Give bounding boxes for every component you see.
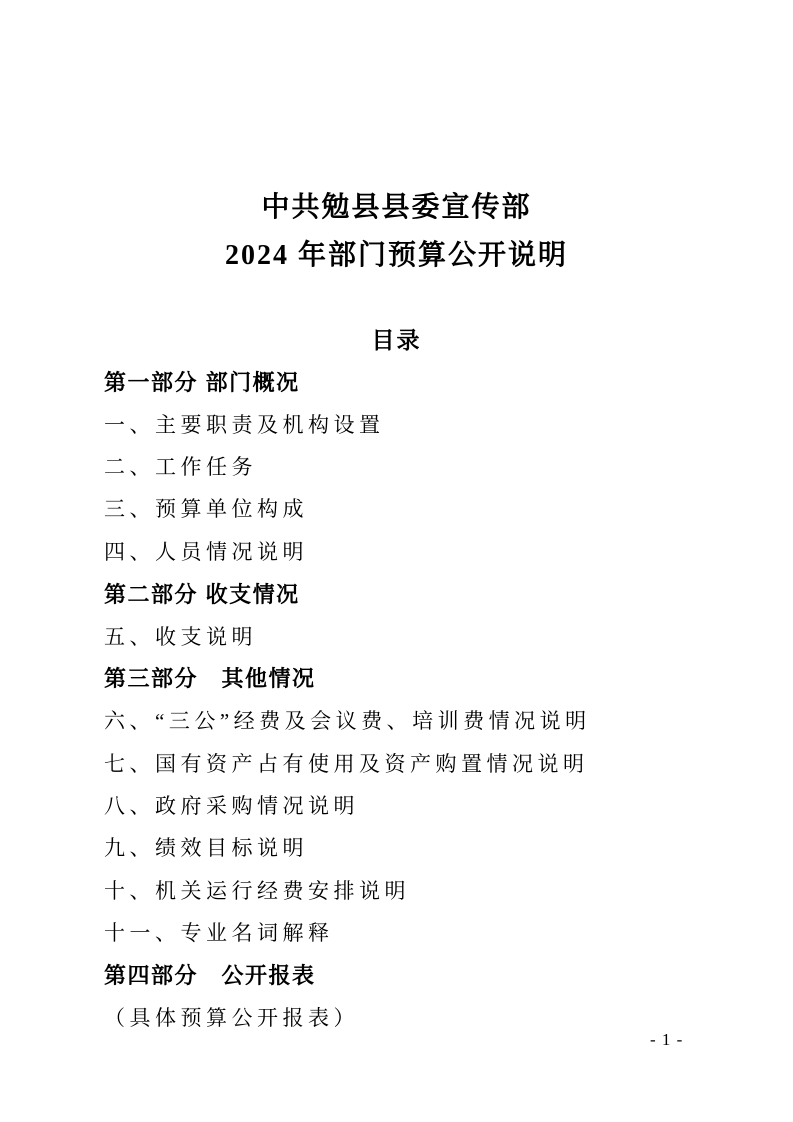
document-title-block: 中共勉县县委宣传部 2024 年部门预算公开说明 bbox=[0, 184, 793, 280]
toc-item: 九、绩效目标说明 bbox=[104, 826, 753, 868]
toc-item: 六、“三公”经费及会议费、培训费情况说明 bbox=[104, 699, 753, 741]
toc-heading: 目录 bbox=[0, 322, 793, 355]
toc-item: 四、人员情况说明 bbox=[104, 530, 753, 572]
toc-section-heading: 第二部分 收支情况 bbox=[104, 572, 753, 614]
toc-list: 第一部分 部门概况一、主要职责及机构设置二、工作任务三、预算单位构成四、人员情况… bbox=[104, 360, 753, 1038]
toc-item: 七、国有资产占有使用及资产购置情况说明 bbox=[104, 742, 753, 784]
toc-section-heading: 第三部分 其他情况 bbox=[104, 657, 753, 699]
toc-item: 二、工作任务 bbox=[104, 445, 753, 487]
document-page: 中共勉县县委宣传部 2024 年部门预算公开说明 目录 第一部分 部门概况一、主… bbox=[0, 0, 793, 1122]
toc-item: 八、政府采购情况说明 bbox=[104, 784, 753, 826]
toc-item: 五、收支说明 bbox=[104, 614, 753, 656]
toc-item: 十一、专业名词解释 bbox=[104, 911, 753, 953]
toc-section-heading: 第一部分 部门概况 bbox=[104, 360, 753, 402]
page-number: - 1 - bbox=[650, 1030, 683, 1050]
document-title-line2: 2024 年部门预算公开说明 bbox=[0, 232, 793, 280]
toc-section-heading: 第四部分 公开报表 bbox=[104, 953, 753, 995]
toc-item: 三、预算单位构成 bbox=[104, 487, 753, 529]
document-title-line1: 中共勉县县委宣传部 bbox=[0, 184, 793, 232]
toc-item: 十、机关运行经费安排说明 bbox=[104, 869, 753, 911]
toc-item: 一、主要职责及机构设置 bbox=[104, 402, 753, 444]
